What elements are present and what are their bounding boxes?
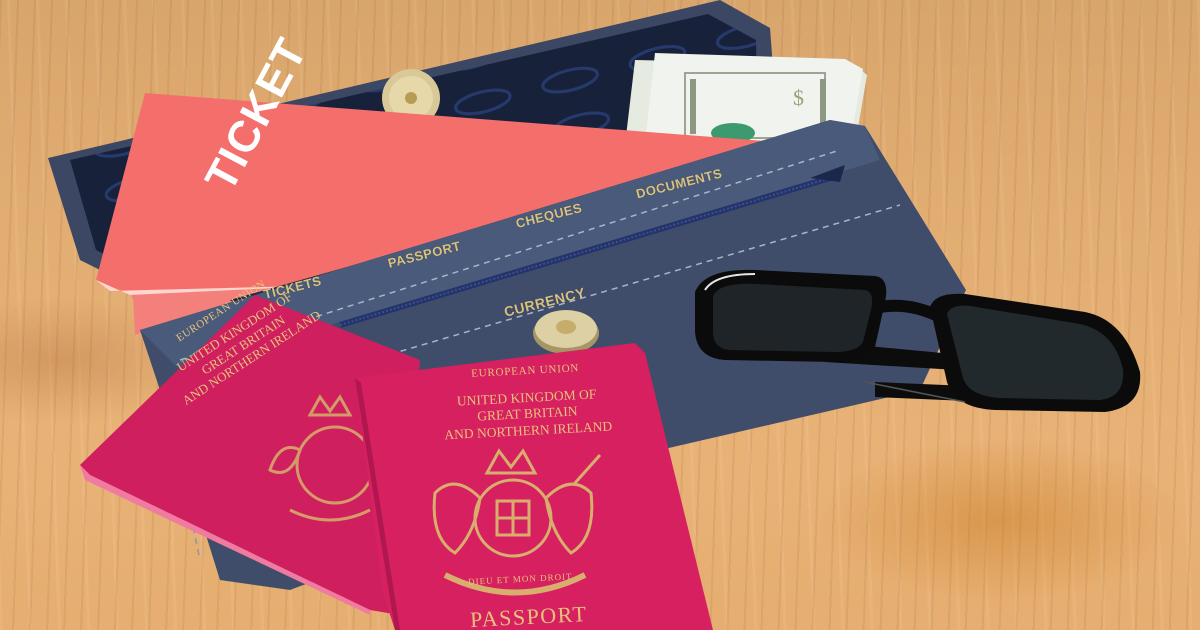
sunglasses bbox=[685, 262, 1150, 422]
wooden-table-background: $ TICKET TICKETS PASSPORT CHEQUES DOCUME… bbox=[0, 0, 1200, 630]
passport-front-cover-text: EUROPEAN UNION UNITED KINGDOM OF GREAT B… bbox=[430, 360, 624, 444]
passport-front-title: PASSPORT bbox=[469, 601, 588, 630]
banknote-denomination: $ bbox=[793, 85, 804, 110]
